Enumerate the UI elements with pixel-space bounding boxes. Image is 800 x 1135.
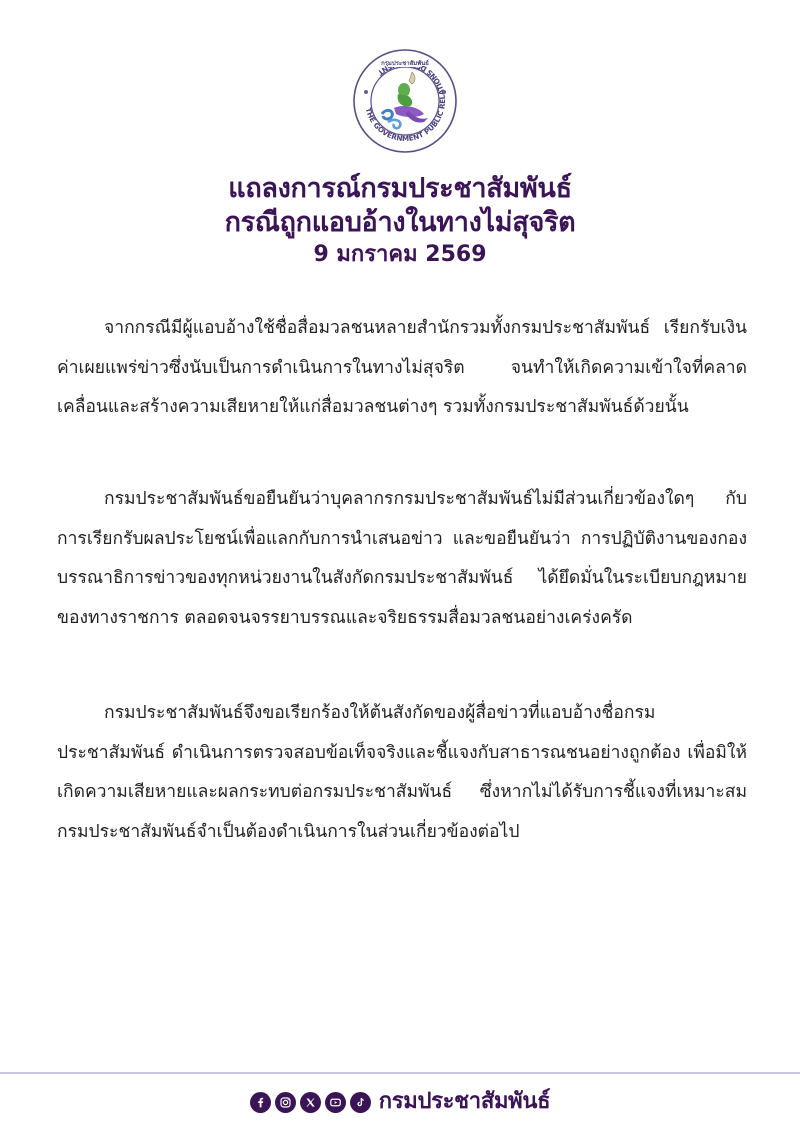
statement-paragraph-3: กรมประชาสัมพันธ์จึงขอเรียกร้องให้ต้นสังก… (57, 694, 747, 852)
statement-title-line-2: กรณีถูกแอบอ้างในทางไม่สุจริต (0, 206, 800, 240)
paragraph-text: จากกรณีมีผู้แอบอ้างใช้ชื่อสื่อมวลชนหลายส… (57, 309, 747, 428)
statement-date: 9 มกราคม 2569 (0, 240, 800, 270)
statement-header: แถลงการณ์กรมประชาสัมพันธ์ กรณีถูกแอบอ้าง… (0, 172, 800, 270)
footer: กรมประชาสัมพันธ์ (0, 1086, 800, 1118)
statement-paragraph-1: จากกรณีมีผู้แอบอ้างใช้ชื่อสื่อมวลชนหลายส… (57, 309, 747, 428)
youtube-icon[interactable] (325, 1092, 346, 1113)
instagram-icon[interactable] (275, 1092, 296, 1113)
paragraph-text: กรมประชาสัมพันธ์ขอยืนยันว่าบุคลากรกรมประ… (57, 480, 747, 638)
statement-paragraph-2: กรมประชาสัมพันธ์ขอยืนยันว่าบุคลากรกรมประ… (57, 480, 747, 638)
paragraph-text: กรมประชาสัมพันธ์จึงขอเรียกร้องให้ต้นสังก… (57, 694, 747, 852)
svg-text:กรมประชาสัมพันธ์: กรมประชาสัมพันธ์ (381, 59, 429, 67)
prd-logo: THE GOVERNMENT PUBLIC RELATIONS DEPARTME… (352, 48, 458, 154)
footer-brand-name: กรมประชาสัมพันธ์ (379, 1088, 551, 1116)
x-icon[interactable] (300, 1092, 321, 1113)
tiktok-icon[interactable] (350, 1092, 371, 1113)
social-links (250, 1092, 371, 1113)
facebook-icon[interactable] (250, 1092, 271, 1113)
prd-emblem-icon: THE GOVERNMENT PUBLIC RELATIONS DEPARTME… (352, 48, 458, 154)
statement-title-line-1: แถลงการณ์กรมประชาสัมพันธ์ (0, 172, 800, 206)
footer-divider (0, 1072, 800, 1074)
